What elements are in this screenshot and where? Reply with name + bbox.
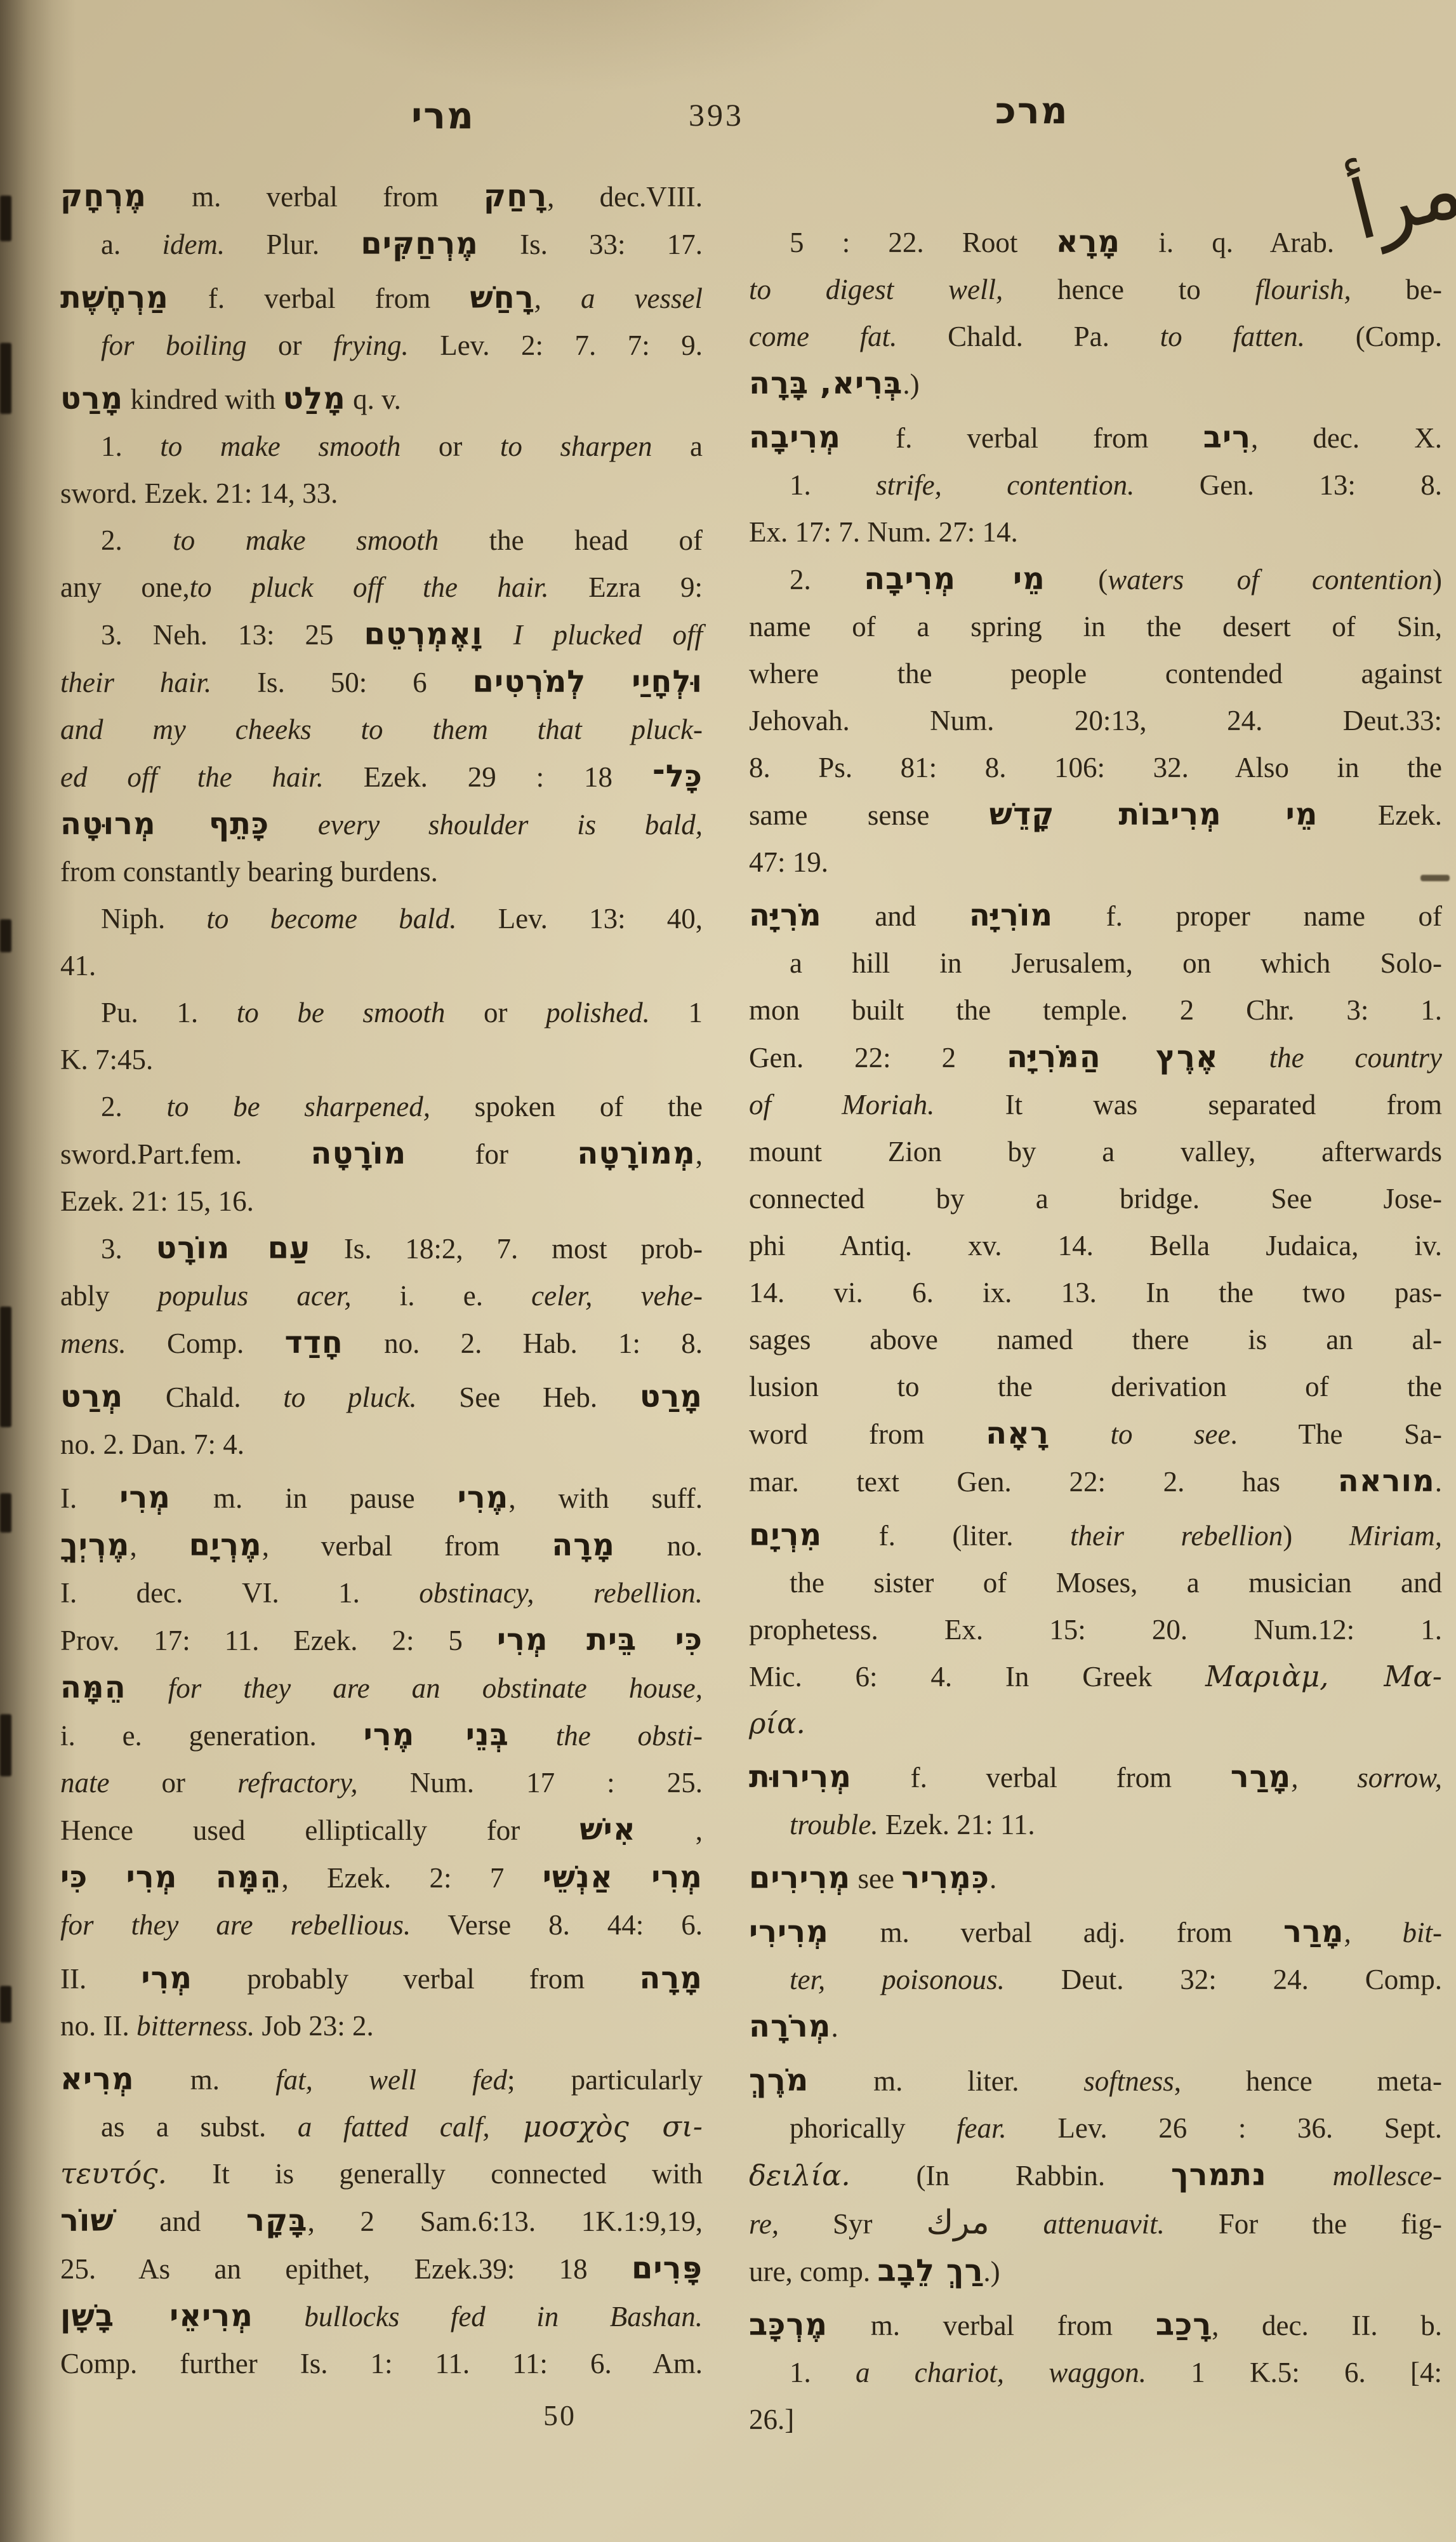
hebrew-text: רָכַב bbox=[1156, 2307, 1212, 2343]
hebrew-text: מְרִי bbox=[141, 1960, 192, 1996]
roman-text: word from bbox=[749, 1418, 986, 1450]
roman-text: spoken of the bbox=[430, 1091, 703, 1122]
text-line: δειλία. (In Rabbin. נתמרך mollesce- bbox=[749, 2152, 1442, 2199]
roman-text: i. e. bbox=[352, 1280, 532, 1312]
roman-text: f. (liter. bbox=[822, 1520, 1070, 1552]
text-line: II. מְרִי probably verbal from מָרָה bbox=[60, 1955, 703, 2002]
greek-text: Μαριὰμ, Μα- bbox=[1205, 1660, 1442, 1693]
italic-text: attenuavit. bbox=[989, 2208, 1165, 2240]
left-column: מֶרְחָק m. verbal from רָחַק, dec.VIII.a… bbox=[60, 173, 703, 2387]
roman-text: or bbox=[247, 329, 333, 361]
italic-text: mollesce- bbox=[1267, 2160, 1442, 2192]
greek-text: ρία. bbox=[749, 1707, 805, 1740]
text-line: nate or refractory, Num. 17 : 25. bbox=[60, 1759, 703, 1806]
roman-text: 1. bbox=[101, 430, 160, 462]
italic-text: to make smooth bbox=[160, 430, 400, 462]
italic-text: and my cheeks to them that pluck- bbox=[60, 714, 703, 745]
roman-text: II. bbox=[60, 1963, 141, 1995]
roman-text: Is. 18:2, 7. most prob- bbox=[310, 1233, 703, 1265]
hebrew-text: מֵי מְרִיבָה bbox=[864, 561, 1045, 597]
hebrew-text: הֵמָּה bbox=[216, 1860, 282, 1895]
roman-text: where the people contended against bbox=[749, 658, 1442, 689]
text-line: connected by a bridge. See Jose- bbox=[749, 1175, 1442, 1222]
hebrew-text: מְרִי bbox=[119, 1480, 171, 1515]
hebrew-text: רַךְ לֵבָב bbox=[877, 2253, 983, 2289]
scan-artifact bbox=[0, 196, 11, 241]
text-line: מֶרְיְךָ, מֶרְיָם, verbal from מָרָה no. bbox=[60, 1522, 703, 1569]
roman-text: 1 K.5: 6. [4: bbox=[1146, 2357, 1442, 2388]
text-line: מִרְיָם f. (liter. their rebellion) Miri… bbox=[749, 1512, 1442, 1559]
scan-artifact bbox=[0, 1986, 11, 2023]
text-line: Ezek. 21: 15, 16. bbox=[60, 1178, 703, 1225]
roman-text: m. liter. bbox=[809, 2065, 1083, 2097]
italic-text: for they are an obstinate house, bbox=[126, 1672, 703, 1704]
italic-text: , a vessel bbox=[534, 283, 703, 314]
guide-word-left: מרי bbox=[411, 94, 475, 137]
text-line: as a subst. a fatted calf, μοσχὸς σι- bbox=[60, 2103, 703, 2150]
italic-text: celer, vehe- bbox=[531, 1280, 703, 1312]
hebrew-text: כִּמְרִיר bbox=[901, 1860, 989, 1896]
text-line: and my cheeks to them that pluck- bbox=[60, 706, 703, 753]
roman-text: i. q. Arab. bbox=[1120, 227, 1334, 258]
text-line: מְרִיא m. fat, well fed; particularly bbox=[60, 2056, 703, 2103]
roman-text: or bbox=[400, 430, 500, 462]
italic-text: re, bbox=[749, 2208, 779, 2240]
text-line: 1. to make smooth or to sharpen a bbox=[60, 423, 703, 470]
text-line: same sense מֵי מְרִיבוֹת קָדֵשׁ Ezek. bbox=[749, 791, 1442, 839]
text-line: for they are rebellious. Verse 8. 44: 6. bbox=[60, 1901, 703, 1948]
roman-text: no. bbox=[615, 1530, 703, 1562]
roman-text: m. bbox=[135, 2064, 275, 2096]
roman-text: 1. bbox=[790, 469, 876, 501]
roman-text: , bbox=[696, 1138, 703, 1170]
roman-text: phorically bbox=[790, 2112, 956, 2144]
text-line: מֶרְכָּב m. verbal from רָכַב, dec. II. … bbox=[749, 2301, 1442, 2349]
roman-text: and bbox=[822, 900, 969, 932]
text-line: 5 : 22. Root מָרָא i. q. Arab. bbox=[749, 218, 1442, 266]
text-line: Jehovah. Num. 20:13, 24. Deut.33: bbox=[749, 697, 1442, 744]
roman-text: Niph. bbox=[101, 903, 206, 935]
hebrew-text: מְרִירוּת bbox=[749, 1759, 852, 1795]
text-line: the sister of Moses, a musician and bbox=[749, 1559, 1442, 1606]
hebrew-text: רָחַשׁ bbox=[470, 280, 534, 316]
text-line: Comp. further Is. 1: 11. 11: 6. Am. bbox=[60, 2340, 703, 2387]
roman-text: , 2 Sam.6:13. 1K.1:9,19, bbox=[308, 2206, 703, 2237]
hebrew-text: מֵי מְרִיבוֹת קָדֵשׁ bbox=[989, 797, 1318, 832]
roman-text: Ex. 17: 7. Num. 27: 14. bbox=[749, 516, 1018, 548]
roman-text: 47: 19. bbox=[749, 846, 828, 878]
hebrew-text: וּלְחָיַי bbox=[632, 664, 703, 700]
roman-text: mon built the temple. 2 Chr. 3: 1. bbox=[749, 994, 1442, 1026]
roman-text: K. 7:45. bbox=[60, 1044, 153, 1075]
roman-text: ; particularly bbox=[507, 2064, 703, 2096]
greek-text: τευτός. bbox=[60, 2157, 167, 2190]
hebrew-text: שׁוֹר bbox=[60, 2203, 114, 2239]
italic-text: , sorrow, bbox=[1291, 1762, 1442, 1793]
roman-text: Ezek. 29 : 18 bbox=[324, 761, 652, 793]
text-line: Prov. 17: 11. Ezek. 2: 5 כִּי בֵּית מְרִ… bbox=[60, 1616, 703, 1664]
italic-text: to pluck off the hair. bbox=[190, 571, 549, 603]
text-line: מָרַט kindred with מָלַט q. v. bbox=[60, 375, 703, 423]
italic-text: to pluck. bbox=[283, 1381, 416, 1413]
hebrew-text: חָדַד bbox=[284, 1325, 343, 1361]
text-line: מְרֹרָה. bbox=[749, 2003, 1442, 2051]
text-line: their hair. Is. 50: 6 לְמֹרְטִים וּלְחָי… bbox=[60, 658, 703, 706]
right-column: 5 : 22. Root מָרָא i. q. Arab.to digest … bbox=[749, 218, 1442, 2443]
italic-text: obstinacy, rebellion. bbox=[419, 1577, 703, 1609]
hebrew-text: וָאֶמְרְטֵם bbox=[364, 616, 482, 652]
roman-text: (Comp. bbox=[1305, 321, 1442, 352]
text-line: 3. עַם מוֹרָט Is. 18:2, 7. most prob- bbox=[60, 1225, 703, 1272]
roman-text: , dec. X. bbox=[1251, 422, 1442, 454]
roman-text: connected by a bridge. See Jose- bbox=[749, 1183, 1442, 1214]
italic-text: bullocks fed in Bashan. bbox=[253, 2301, 703, 2332]
roman-text: the head of bbox=[439, 524, 703, 556]
hebrew-text: עַם מוֹרָט bbox=[156, 1230, 310, 1266]
hebrew-text: מֶרְחָק bbox=[60, 178, 147, 214]
text-line: כִּי מְרִי הֵמָּה, Ezek. 2: 7 אַנְשֵׁי מ… bbox=[60, 1854, 703, 1901]
roman-text bbox=[613, 1862, 651, 1894]
roman-text: 14. vi. 6. ix. 13. In the two pas- bbox=[749, 1277, 1442, 1308]
roman-text: or bbox=[445, 997, 546, 1028]
roman-text: 3. bbox=[101, 1233, 156, 1265]
page-number: 393 bbox=[689, 96, 744, 133]
italic-text: for they are rebellious. bbox=[60, 1909, 411, 1941]
text-line: where the people contended against bbox=[749, 650, 1442, 697]
italic-text: frying. bbox=[333, 329, 409, 361]
hebrew-text: מָרַר bbox=[1283, 1914, 1344, 1950]
text-line: 26.] bbox=[749, 2396, 1442, 2443]
text-line: כָּתֵף מְרוּטָה every shoulder is bald, bbox=[60, 801, 703, 848]
roman-text bbox=[177, 1862, 215, 1894]
italic-text: to fatten. bbox=[1160, 321, 1305, 352]
text-line: sword. Ezek. 21: 14, 33. bbox=[60, 470, 703, 517]
text-line: Mic. 6: 4. In Greek Μαριὰμ, Μα- bbox=[749, 1653, 1442, 1700]
text-line: lusion to the derivation of the bbox=[749, 1363, 1442, 1410]
italic-text: I plucked off bbox=[483, 619, 703, 651]
roman-text: as a subst. bbox=[101, 2111, 298, 2143]
italic-text: to be sharpened, bbox=[166, 1091, 430, 1122]
roman-text: 1. bbox=[790, 2357, 856, 2388]
roman-text: Lev. 13: 40, bbox=[456, 903, 703, 935]
italic-text: trouble. bbox=[790, 1809, 878, 1840]
text-line: trouble. Ezek. 21: 11. bbox=[749, 1801, 1442, 1848]
italic-text: to make smooth bbox=[173, 524, 439, 556]
roman-text: m. verbal adj. from bbox=[829, 1917, 1283, 1948]
text-line: 8. Ps. 81: 8. 106: 32. Also in the bbox=[749, 744, 1442, 791]
roman-text: name of a spring in the desert of Sin, bbox=[749, 611, 1442, 642]
italic-text: fat, well fed bbox=[275, 2064, 507, 2096]
roman-text bbox=[88, 1862, 126, 1894]
roman-text: kindred with bbox=[123, 383, 282, 415]
text-line: a. idem. Plur. מֶרְחַקִּים Is. 33: 17. bbox=[60, 220, 703, 268]
roman-text: ably bbox=[60, 1280, 158, 1312]
roman-text: a hill in Jerusalem, on which Solo- bbox=[790, 947, 1442, 979]
text-line: 1. a chariot, waggon. 1 K.5: 6. [4: bbox=[749, 2349, 1442, 2396]
text-line: 2. to make smooth the head of bbox=[60, 517, 703, 564]
roman-text: 3. Neh. 13: 25 bbox=[101, 619, 364, 651]
text-line: ed off the hair. Ezek. 29 : 18 כָּל־ bbox=[60, 753, 703, 801]
roman-text: Plur. bbox=[225, 229, 361, 260]
roman-text: Comp. further Is. 1: 11. 11: 6. Am. bbox=[60, 2348, 703, 2379]
greek-text: μοσχὸς σι- bbox=[490, 2110, 703, 2143]
italic-text: their hair. bbox=[60, 667, 211, 698]
roman-text: It was separated from bbox=[934, 1089, 1442, 1121]
hebrew-text: מְרִירִי bbox=[749, 1914, 829, 1950]
text-line: מֹרִיָּה and מוֹרִיָּה f. proper name of bbox=[749, 892, 1442, 940]
hebrew-text: מָרַט bbox=[640, 1379, 703, 1414]
text-line: מֶרְחָק m. verbal from רָחַק, dec.VIII. bbox=[60, 173, 703, 220]
roman-text: a. bbox=[101, 229, 162, 260]
hebrew-text: מֶרְחַקִּים bbox=[361, 226, 479, 262]
hebrew-text: מְרַט bbox=[60, 1379, 123, 1414]
roman-text: 8. Ps. 81: 8. 106: 32. Also in the bbox=[749, 752, 1442, 783]
roman-text: ure, comp. bbox=[749, 2256, 877, 2287]
roman-text: hence to bbox=[1003, 274, 1255, 305]
hebrew-text: מָלַט bbox=[282, 381, 345, 416]
text-line: 2. to be sharpened, spoken of the bbox=[60, 1083, 703, 1130]
italic-text: to digest well, bbox=[749, 274, 1003, 305]
roman-text: or bbox=[109, 1767, 237, 1799]
hebrew-text: מָרָה bbox=[639, 1960, 703, 1996]
italic-text: polished. bbox=[546, 997, 650, 1028]
hebrew-text: אִישׁ bbox=[579, 1812, 635, 1847]
scan-artifact bbox=[0, 343, 11, 414]
roman-text: f. verbal from bbox=[852, 1762, 1231, 1793]
text-line: mount Zion by a valley, afterwards bbox=[749, 1128, 1442, 1175]
scan-artifact bbox=[0, 1714, 11, 1776]
roman-text: f. verbal from bbox=[169, 283, 470, 314]
hebrew-text: מֹרֶךְ bbox=[749, 2063, 809, 2098]
hebrew-text: מַרְחֶשֶׁת bbox=[60, 280, 169, 316]
italic-text: idem. bbox=[162, 229, 225, 260]
text-line: Gen. 22: 2 אֶרֶץ הַמֹּרִיָּה the country bbox=[749, 1034, 1442, 1081]
hebrew-text: מְרִיבָה bbox=[749, 420, 841, 455]
roman-text: I. dec. VI. 1. bbox=[60, 1577, 419, 1609]
hebrew-text: מְרֹרָה bbox=[749, 2009, 831, 2044]
italic-text: flourish, bbox=[1255, 274, 1351, 305]
roman-text: Hence used elliptically for bbox=[60, 1814, 579, 1846]
text-line: מְרִירִים see כִּמְרִיר. bbox=[749, 1854, 1442, 1902]
roman-text: 25. As an epithet, Ezek.39: 18 bbox=[60, 2253, 632, 2285]
text-line: word from רָאָה to see. The Sa- bbox=[749, 1410, 1442, 1458]
hebrew-text: מְרִי bbox=[651, 1860, 703, 1895]
hebrew-text: מְרִירִים bbox=[749, 1860, 850, 1896]
hebrew-text: מֶרְכָּב bbox=[749, 2307, 828, 2343]
text-line: Niph. to become bald. Lev. 13: 40, bbox=[60, 895, 703, 942]
roman-text: Lev. 26 : 36. Sept. bbox=[1007, 2112, 1442, 2144]
text-line: 1. strife, contention. Gen. 13: 8. bbox=[749, 462, 1442, 509]
italic-text: , bit- bbox=[1344, 1917, 1443, 1948]
roman-text: sword.Part.fem. bbox=[60, 1138, 311, 1170]
roman-text: f. verbal from bbox=[841, 422, 1203, 454]
italic-text: come fat. bbox=[749, 321, 897, 352]
hebrew-text: רִיב bbox=[1203, 420, 1251, 455]
roman-text: , verbal from bbox=[262, 1530, 552, 1562]
text-line: 47: 19. bbox=[749, 839, 1442, 886]
italic-text: of Moriah. bbox=[749, 1089, 934, 1121]
text-line: מְרִירִי m. verbal adj. from מָרַר, bit- bbox=[749, 1908, 1442, 1956]
text-line: mens. Comp. חָדַד no. 2. Hab. 1: 8. bbox=[60, 1319, 703, 1367]
italic-text: nate bbox=[60, 1767, 109, 1799]
hebrew-text: כִּי בֵּית מְרִי bbox=[497, 1622, 703, 1658]
roman-text: m. verbal from bbox=[828, 2310, 1156, 2341]
italic-text: fear. bbox=[956, 2112, 1007, 2144]
italic-text: a chariot, waggon. bbox=[856, 2357, 1146, 2388]
hebrew-text: מָרַט bbox=[60, 381, 123, 416]
roman-text: no. II. bbox=[60, 2010, 136, 2042]
text-line: phi Antiq. xv. 14. Bella Judaica, iv. bbox=[749, 1222, 1442, 1269]
roman-text: sword. Ezek. 21: 14, 33. bbox=[60, 477, 338, 509]
roman-text: f. proper name of bbox=[1053, 900, 1442, 932]
roman-text: Gen. 22: 2 bbox=[749, 1042, 1007, 1074]
italic-text: to become bald. bbox=[206, 903, 456, 935]
roman-text: q. v. bbox=[346, 383, 401, 415]
hebrew-text: מְרִיאֵי בָשָׁן bbox=[60, 2298, 253, 2334]
roman-text: for bbox=[406, 1138, 577, 1170]
roman-text: Ezek. 21: 11. bbox=[878, 1809, 1035, 1840]
hebrew-text: לְמֹרְטִים bbox=[473, 664, 586, 700]
text-line: name of a spring in the desert of Sin, bbox=[749, 603, 1442, 650]
roman-text: It is generally connected with bbox=[167, 2158, 703, 2190]
italic-text: bitterness. bbox=[136, 2010, 255, 2042]
hebrew-text: בְּרִיא, בָּרָה bbox=[749, 366, 903, 401]
roman-text: 26.] bbox=[749, 2404, 794, 2435]
italic-text: populus acer, bbox=[158, 1280, 352, 1312]
text-line: no. 2. Dan. 7: 4. bbox=[60, 1421, 703, 1468]
text-line: sages above named there is an al- bbox=[749, 1316, 1442, 1363]
roman-text: and bbox=[114, 2206, 246, 2237]
text-line: מַרְחֶשֶׁת f. verbal from רָחַשׁ, a vess… bbox=[60, 274, 703, 322]
italic-text: to be smooth bbox=[237, 997, 446, 1028]
roman-text: 5 : 22. Root bbox=[790, 227, 1056, 258]
text-line: τευτός. It is generally connected with bbox=[60, 2150, 703, 2197]
italic-text: their rebellion bbox=[1070, 1520, 1283, 1552]
roman-text: lusion to the derivation of the bbox=[749, 1371, 1442, 1402]
roman-text: .) bbox=[983, 2256, 1000, 2287]
scan-artifact bbox=[0, 919, 11, 952]
hebrew-text: מוֹרִיָּה bbox=[969, 898, 1053, 933]
hebrew-text: אֶרֶץ הַמֹּרִיָּה bbox=[1007, 1039, 1219, 1075]
text-line: come fat. Chald. Pa. to fatten. (Comp. bbox=[749, 313, 1442, 360]
italic-text: softness bbox=[1083, 2065, 1174, 2097]
text-line: of Moriah. It was separated from bbox=[749, 1081, 1442, 1128]
roman-text: , bbox=[636, 1814, 703, 1846]
roman-text: Comp. bbox=[126, 1328, 285, 1359]
text-line: 14. vi. 6. ix. 13. In the two pas- bbox=[749, 1269, 1442, 1316]
roman-text: probably verbal from bbox=[192, 1963, 639, 1995]
hebrew-text: הֵמָּה bbox=[60, 1670, 126, 1705]
italic-text: refractory, bbox=[237, 1767, 358, 1799]
roman-text: Chald. bbox=[123, 1381, 283, 1413]
roman-text: . bbox=[1435, 1466, 1442, 1498]
roman-text: Deut. 32: 24. Comp. bbox=[1005, 1964, 1442, 1995]
roman-text: see bbox=[850, 1863, 901, 1894]
roman-text: sages above named there is an al- bbox=[749, 1324, 1442, 1355]
hebrew-text: מוראה bbox=[1338, 1463, 1435, 1499]
hebrew-text: מְרִי bbox=[126, 1860, 178, 1895]
roman-text: . The Sa- bbox=[1230, 1418, 1442, 1450]
scan-artifact bbox=[0, 1307, 11, 1427]
roman-text: mount Zion by a valley, afterwards bbox=[749, 1136, 1442, 1168]
italic-text: waters of contention bbox=[1108, 564, 1433, 596]
hebrew-text: מוֹרָטָה bbox=[311, 1136, 407, 1171]
roman-text: the sister of Moses, a musician and bbox=[790, 1567, 1442, 1599]
roman-text: Is. 50: 6 bbox=[211, 667, 472, 698]
text-line: שׁוֹר and בָּקָר, 2 Sam.6:13. 1K.1:9,19, bbox=[60, 2197, 703, 2245]
roman-text: For the fig- bbox=[1165, 2208, 1442, 2240]
italic-text: every shoulder is bald, bbox=[269, 809, 703, 841]
text-line: Hence used elliptically for אִישׁ , bbox=[60, 1806, 703, 1854]
roman-text: 41. bbox=[60, 950, 96, 982]
hebrew-text: מֶרִי bbox=[458, 1480, 509, 1515]
hebrew-text: מְמוֹרָטָה bbox=[577, 1136, 695, 1171]
roman-text: Chald. Pa. bbox=[897, 321, 1160, 352]
hebrew-text: בָּקָר bbox=[246, 2203, 308, 2239]
hebrew-text: בְּנֵי מֶרִי bbox=[364, 1717, 509, 1753]
text-line: מְרַט Chald. to pluck. See Heb. מָרַט bbox=[60, 1373, 703, 1421]
italic-text: Miriam, bbox=[1349, 1520, 1442, 1552]
hebrew-text: מֶרְיְךָ bbox=[60, 1527, 130, 1563]
roman-text: Ezra 9: bbox=[549, 571, 703, 603]
roman-text: Jehovah. Num. 20:13, 24. Deut.33: bbox=[749, 705, 1442, 736]
text-line: re, Syr مرك attenuavit. For the fig- bbox=[749, 2199, 1442, 2247]
italic-text: strife, contention. bbox=[876, 469, 1134, 501]
roman-text: , with suff. bbox=[508, 1482, 703, 1514]
roman-text: a bbox=[652, 430, 703, 462]
roman-text: Ezek. 21: 15, 16. bbox=[60, 1185, 254, 1217]
roman-text: phi Antiq. xv. 14. Bella Judaica, iv. bbox=[749, 1230, 1442, 1261]
roman-text: be- bbox=[1351, 274, 1442, 305]
text-line: 2. מֵי מְרִיבָה (waters of contention) bbox=[749, 556, 1442, 603]
roman-text: I. bbox=[60, 1482, 119, 1514]
text-line: from constantly bearing burdens. bbox=[60, 848, 703, 895]
italic-text: a fatted calf, bbox=[298, 2111, 490, 2143]
text-line: Pu. 1. to be smooth or polished. 1 bbox=[60, 989, 703, 1036]
text-line: ure, comp. רַךְ לֵבָב.) bbox=[749, 2247, 1442, 2295]
text-line: K. 7:45. bbox=[60, 1036, 703, 1083]
text-line: no. II. bitterness. Job 23: 2. bbox=[60, 2002, 703, 2049]
text-line: a hill in Jerusalem, on which Solo- bbox=[749, 940, 1442, 987]
text-line: phorically fear. Lev. 26 : 36. Sept. bbox=[749, 2105, 1442, 2152]
roman-text: mar. text Gen. 22: 2. has bbox=[749, 1466, 1338, 1498]
roman-text: no. 2. Hab. 1: 8. bbox=[343, 1328, 703, 1359]
hebrew-text: כָּל־ bbox=[652, 759, 703, 794]
text-line: מֹרֶךְ m. liter. softness, hence meta- bbox=[749, 2057, 1442, 2105]
roman-text bbox=[586, 667, 632, 698]
text-line: any one,to pluck off the hair. Ezra 9: bbox=[60, 564, 703, 611]
text-line: I. dec. VI. 1. obstinacy, rebellion. bbox=[60, 1569, 703, 1616]
roman-text: .) bbox=[903, 368, 919, 400]
scanned-page: מרי 393 מרכ مرأ מֶרְחָק m. verbal from ר… bbox=[0, 0, 1456, 2542]
hebrew-text: רָאָה bbox=[986, 1416, 1049, 1451]
roman-text: See Heb. bbox=[417, 1381, 640, 1413]
text-line: ρία. bbox=[749, 1700, 1442, 1747]
italic-text: ter, poisonous. bbox=[790, 1964, 1005, 1995]
roman-text: ) bbox=[1433, 564, 1442, 596]
hebrew-text: רָחַק bbox=[484, 178, 547, 214]
roman-text: prophetess. Ex. 15: 20. Num.12: 1. bbox=[749, 1614, 1442, 1646]
italic-text: ed off the hair. bbox=[60, 761, 324, 793]
text-line: mon built the temple. 2 Chr. 3: 1. bbox=[749, 987, 1442, 1034]
scan-artifact bbox=[0, 1493, 11, 1533]
roman-text: . bbox=[989, 1863, 996, 1894]
roman-text: , Ezek. 2: 7 bbox=[281, 1862, 542, 1894]
guide-word-right: מרכ bbox=[995, 89, 1069, 132]
roman-text: i. e. generation. bbox=[60, 1720, 364, 1752]
italic-text: for boiling bbox=[101, 329, 247, 361]
arabic-text: مرك bbox=[926, 2204, 989, 2242]
